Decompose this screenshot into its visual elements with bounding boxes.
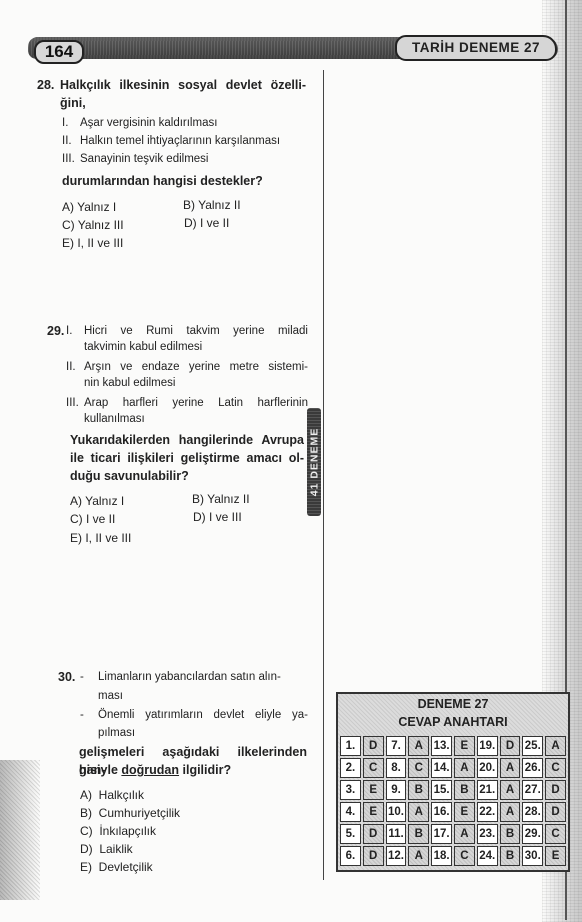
header-title: TARİH DENEME 27	[395, 35, 557, 61]
premise-numeral: III.	[62, 151, 75, 167]
side-tab-label: 41 DENEME	[308, 428, 320, 497]
answer-key-question-number: 22.	[477, 802, 498, 822]
answer-key-question-number: 17.	[431, 824, 452, 844]
bullet: -	[80, 669, 84, 685]
answer-key-question-number: 23.	[477, 824, 498, 844]
answer-key-answer: A	[500, 780, 521, 800]
answer-key-answer: B	[500, 824, 521, 844]
option-a[interactable]: A) Halkçılık	[80, 786, 144, 804]
answer-key-question-number: 16.	[431, 802, 452, 822]
answer-key-question-number: 18.	[431, 846, 452, 866]
answer-key-question-number: 8.	[386, 758, 407, 778]
answer-key-answer: D	[545, 780, 566, 800]
option-c[interactable]: C) I ve II	[70, 510, 115, 528]
option-d[interactable]: D) I ve III	[193, 508, 242, 526]
premise-text: Sanayinin teşvik edilmesi	[80, 151, 208, 167]
scan-noise	[0, 760, 40, 900]
answer-key-answer: A	[408, 846, 429, 866]
answer-key-question-number: 19.	[477, 736, 498, 756]
question-prompt: durumlarından hangisi destekler?	[62, 172, 263, 190]
answer-key-answer: C	[454, 846, 475, 866]
option-b[interactable]: B) Cumhuriyetçilik	[80, 804, 180, 822]
answer-key-question-number: 29.	[522, 824, 543, 844]
premise-text: Arşın ve endaze yerine metre sistemi-	[84, 359, 308, 375]
page-number: 164	[34, 40, 84, 64]
question-stem: Halkçılık ilkesinin sosyal devlet özelli…	[60, 76, 306, 94]
answer-key-question-number: 15.	[431, 780, 452, 800]
answer-key-question-number: 2.	[340, 758, 361, 778]
option-e[interactable]: E) Devletçilik	[80, 858, 153, 876]
answer-key-answer: B	[454, 780, 475, 800]
answer-key-question-number: 6.	[340, 846, 361, 866]
answer-key-answer: B	[408, 780, 429, 800]
option-d[interactable]: D) I ve II	[184, 214, 229, 232]
premise-numeral: II.	[66, 359, 76, 375]
premise-numeral: I.	[66, 323, 72, 339]
answer-key-question-number: 4.	[340, 802, 361, 822]
premise-numeral: II.	[62, 133, 72, 149]
bullet-text: pılması	[98, 725, 135, 741]
answer-key-question-number: 12.	[386, 846, 407, 866]
answer-key-answer: A	[454, 758, 475, 778]
answer-key-answer: A	[408, 736, 429, 756]
answer-key-question-number: 27.	[522, 780, 543, 800]
option-b[interactable]: B) Yalnız II	[183, 196, 241, 214]
question-number: 28.	[37, 76, 54, 94]
answer-key-answer: A	[454, 824, 475, 844]
option-c[interactable]: C) Yalnız III	[62, 216, 124, 234]
answer-key-answer: A	[500, 802, 521, 822]
answer-key-subtitle: CEVAP ANAHTARI	[338, 715, 568, 729]
premise-numeral: I.	[62, 115, 68, 131]
answer-key-question-number: 3.	[340, 780, 361, 800]
answer-key-grid: 1.D7.A13.E19.D25.A2.C8.C14.A20.A26.C3.E9…	[340, 736, 566, 866]
premise-text: takvimin kabul edilmesi	[84, 339, 202, 355]
bullet-text: Önemli yatırımların devlet eliyle ya-	[98, 707, 308, 723]
answer-key-answer: C	[545, 824, 566, 844]
answer-key-question-number: 14.	[431, 758, 452, 778]
answer-key-answer: C	[408, 758, 429, 778]
answer-key-question-number: 20.	[477, 758, 498, 778]
option-c[interactable]: C) İnkılapçılık	[80, 822, 156, 840]
option-d[interactable]: D) Laiklik	[80, 840, 133, 858]
answer-key-answer: E	[363, 802, 384, 822]
answer-key-question-number: 28.	[522, 802, 543, 822]
answer-key-question-number: 24.	[477, 846, 498, 866]
answer-key-answer: A	[500, 758, 521, 778]
question-prompt: Yukarıdakilerden hangilerinde Avrupa	[70, 431, 304, 449]
answer-key-question-number: 10.	[386, 802, 407, 822]
question-stem: ğini,	[60, 94, 86, 112]
premise-numeral: III.	[66, 395, 79, 411]
answer-key-answer: D	[363, 846, 384, 866]
question-prompt: ile ticari ilişkileri geliştirme amacı o…	[70, 449, 304, 467]
answer-key-answer: E	[454, 736, 475, 756]
answer-key-answer: D	[545, 802, 566, 822]
answer-key-question-number: 13.	[431, 736, 452, 756]
option-e[interactable]: E) I, II ve III	[62, 234, 123, 252]
answer-key-answer: C	[545, 758, 566, 778]
answer-key-answer: B	[500, 846, 521, 866]
option-a[interactable]: A) Yalnız I	[62, 198, 116, 216]
answer-key-title: DENEME 27	[338, 697, 568, 711]
answer-key-answer: C	[363, 758, 384, 778]
answer-key-question-number: 25.	[522, 736, 543, 756]
answer-key-question-number: 26.	[522, 758, 543, 778]
premise-text: kullanılması	[84, 411, 145, 427]
answer-key-answer: D	[363, 736, 384, 756]
answer-key-question-number: 21.	[477, 780, 498, 800]
premise-text: Halkın temel ihtiyaçlarının karşılanması	[80, 133, 280, 149]
bullet-text: ması	[98, 688, 123, 704]
answer-key-answer: E	[454, 802, 475, 822]
premise-text: Arap harfleri yerine Latin harflerinin	[84, 395, 308, 411]
question-prompt: gisiyle doğrudan ilgilidir?	[79, 761, 231, 779]
option-a[interactable]: A) Yalnız I	[70, 492, 124, 510]
answer-key-question-number: 1.	[340, 736, 361, 756]
answer-key-answer: D	[363, 824, 384, 844]
answer-key-question-number: 11.	[386, 824, 407, 844]
answer-key-answer: B	[408, 824, 429, 844]
bullet: -	[80, 707, 84, 723]
answer-key-question-number: 30.	[522, 846, 543, 866]
answer-key-question-number: 9.	[386, 780, 407, 800]
answer-key-question-number: 7.	[386, 736, 407, 756]
premise-text: nin kabul edilmesi	[84, 375, 175, 391]
answer-key-answer: A	[545, 736, 566, 756]
option-e[interactable]: E) I, II ve III	[70, 529, 131, 547]
prompt-text: ilgilidir?	[179, 763, 231, 777]
answer-key: DENEME 27 CEVAP ANAHTARI 1.D7.A13.E19.D2…	[336, 692, 570, 872]
answer-key-answer: E	[363, 780, 384, 800]
question-prompt: duğu savunulabilir?	[70, 467, 189, 485]
answer-key-answer: D	[500, 736, 521, 756]
side-tab: 41 DENEME	[307, 408, 321, 516]
premise-text: Aşar vergisinin kaldırılması	[80, 115, 217, 131]
question-number: 29.	[47, 322, 64, 340]
premise-text: Hicri ve Rumi takvim yerine miladi	[84, 323, 308, 339]
option-b[interactable]: B) Yalnız II	[192, 490, 250, 508]
answer-key-answer: E	[545, 846, 566, 866]
column-divider	[323, 70, 324, 880]
bullet-text: Limanların yabancılardan satın alın-	[98, 669, 281, 685]
prompt-text: gisiyle	[79, 763, 121, 777]
question-number: 30.	[58, 668, 75, 686]
answer-key-answer: A	[408, 802, 429, 822]
prompt-emphasis: doğrudan	[121, 763, 179, 777]
answer-key-question-number: 5.	[340, 824, 361, 844]
